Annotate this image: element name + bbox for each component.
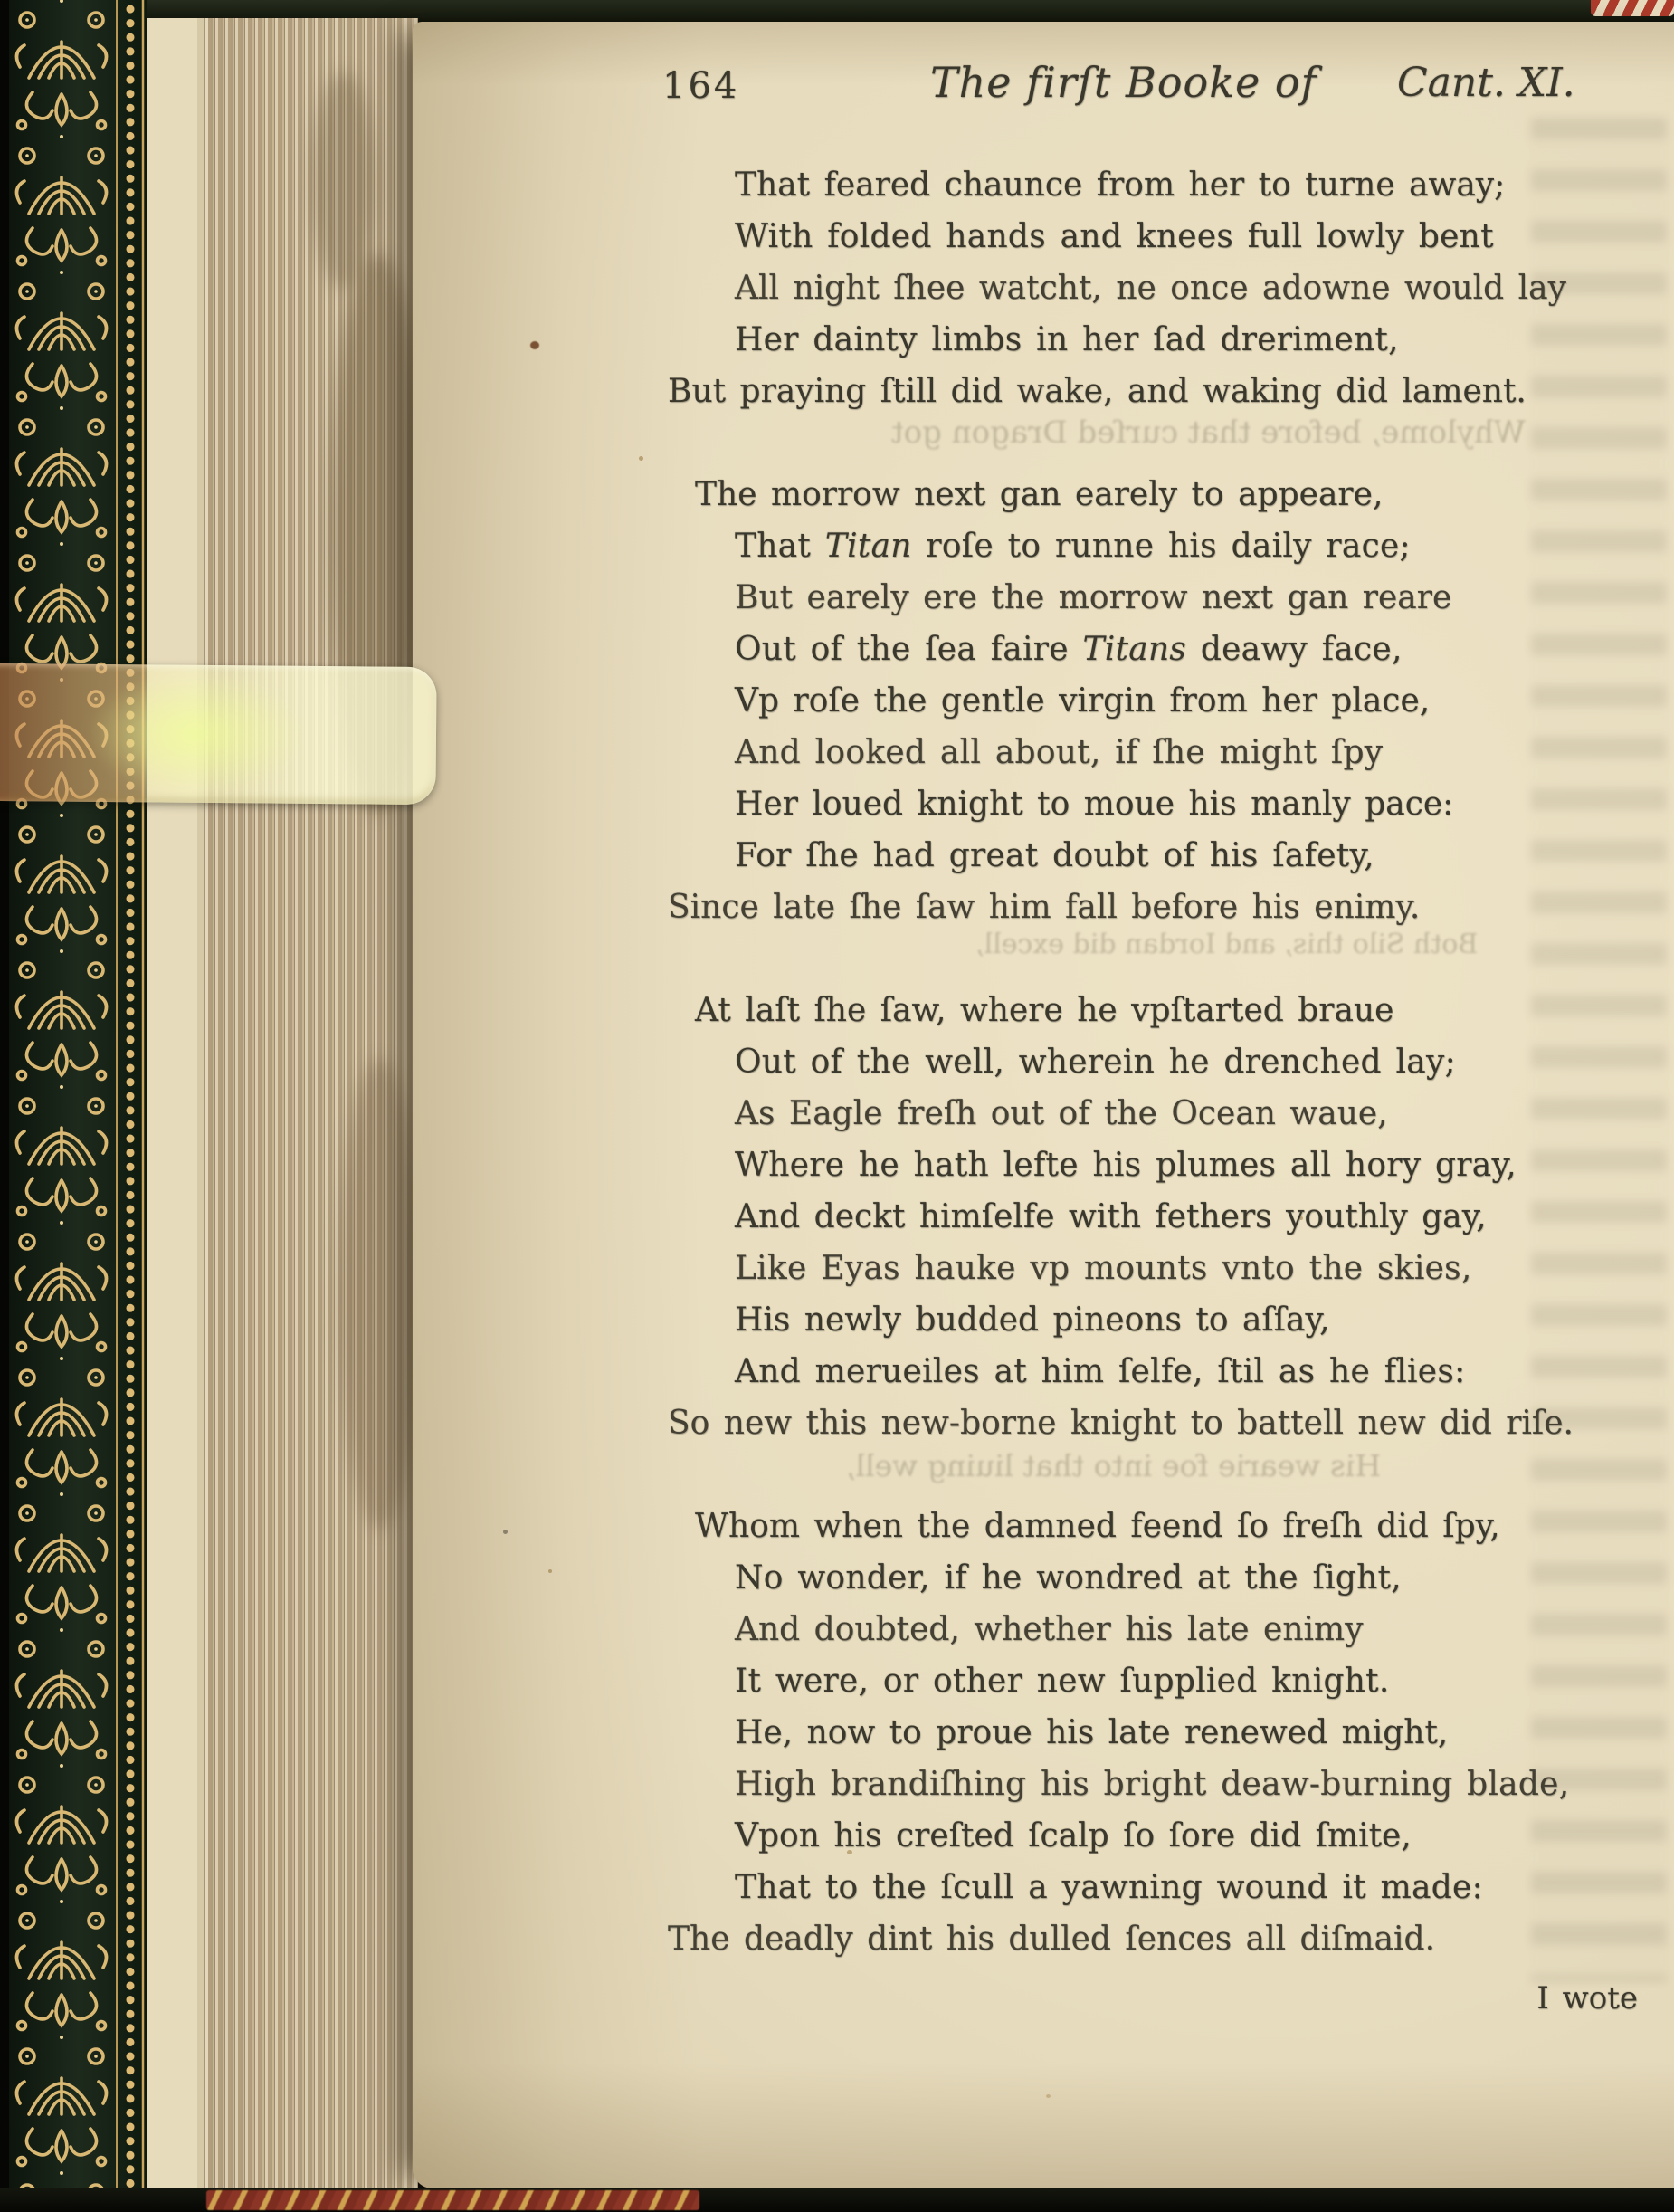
poem-line: But praying ſtill did wake, and waking d… (668, 366, 1609, 417)
book-scan: Whylome, before that curſed Dragon gotBo… (0, 0, 1674, 2212)
endband-stripes (1591, 0, 1674, 16)
poem-line: Since late ſhe ſaw him fall before his e… (668, 882, 1609, 933)
poem-line: His newly budded pineons to aſſay, (735, 1294, 1609, 1346)
poem-line: That feared chaunce from her to turne aw… (735, 159, 1609, 211)
bookmark-tab (0, 663, 437, 805)
poem-line: Like Eyas hauke vp mounts vnto the skies… (735, 1243, 1609, 1294)
poem-line: And doubted, whether his late enimy (735, 1604, 1609, 1655)
poem-line: But earely ere the morrow next gan reare (735, 572, 1609, 624)
poem-line: All night ſhee watcht, ne once adowne wo… (735, 262, 1609, 314)
edge-stain (339, 1059, 421, 1530)
stanza: That feared chaunce from her to turne aw… (668, 159, 1609, 417)
poem-line: And deckt himſelfe with fethers youthly … (735, 1191, 1609, 1243)
poem-line: Out of the ſea faire Titans deawy face, (735, 624, 1609, 675)
running-title: The firſt Booke of (930, 58, 1317, 107)
poem-line: He, now to proue his late renewed might, (735, 1707, 1609, 1759)
poem-line: With folded hands and knees full lowly b… (735, 211, 1609, 262)
italic-term: Titan (825, 528, 912, 565)
poem-line: The deadly dint his dulled ſences all di… (668, 1913, 1609, 1965)
page-edges-stack (145, 18, 418, 2190)
ink-spot (503, 1530, 508, 1534)
ink-spot (530, 341, 539, 349)
poem-line: As Eagle freſh out of the Ocean waue, (735, 1088, 1609, 1139)
page-header: 164 The firſt Booke of Cant. XI. (668, 58, 1627, 121)
paper-fleck (639, 456, 643, 461)
bookmark-tab-glow (86, 672, 304, 796)
poem-line: It were, or other new ſupplied knight. (735, 1655, 1609, 1707)
gold-tooling-pattern (11, 0, 112, 2212)
edge-stain (312, 72, 376, 290)
poem-line: Vp roſe the gentle virgin from her place… (735, 675, 1609, 727)
italic-term: Titan (1083, 631, 1170, 668)
canto-label: Cant. XI. (1397, 60, 1575, 106)
poem-line: And looked all about, if ſhe might ſpy (735, 727, 1609, 778)
paper-fleck (548, 1569, 552, 1573)
poem-line: Where he hath lefte his plumes all hory … (735, 1139, 1609, 1191)
poem-line: For ſhe had great doubt of his ſafety, (735, 830, 1609, 882)
poem-line: No wonder, if he wondred at the ſight, (735, 1552, 1609, 1604)
poem-line: Out of the well, wherein he drenched lay… (735, 1036, 1609, 1088)
black-gutter (0, 0, 9, 2212)
poem-line: Her dainty limbs in her ſad dreriment, (735, 314, 1609, 366)
stanza: Whom when the damned feend ſo freſh did … (668, 1501, 1609, 1965)
poem-line: And merueiles at him ſelfe, ſtil as he f… (735, 1346, 1609, 1397)
page-number: 164 (662, 65, 739, 107)
poem-line: That Titan roſe to runne his daily race; (735, 520, 1609, 572)
poem-line: That to the ſcull a yawning wound it mad… (735, 1862, 1609, 1913)
poem-line: High brandiſhing his bright deaw-burning… (735, 1759, 1609, 1810)
gilt-leather-border (0, 0, 147, 2212)
gilt-bottom-tooling (206, 2190, 699, 2210)
poem-line: So new this new-borne knight to battell … (668, 1397, 1609, 1449)
poem-line: The morrow next gan earely to appeare, (695, 469, 1609, 520)
poem-line: Vpon his creſted ſcalp ſo ſore did ſmite… (735, 1810, 1609, 1862)
poem-text-block: That feared chaunce from her to turne aw… (668, 159, 1609, 2017)
poem-line: Her loued knight to moue his manly pace: (735, 778, 1609, 830)
poem-line: Whom when the damned feend ſo freſh did … (695, 1501, 1609, 1552)
stanza: At laſt ſhe ſaw, where he vpſtarted brau… (668, 985, 1609, 1449)
catchword: I wote (1493, 1980, 1638, 2017)
poem-line: At laſt ſhe ſaw, where he vpſtarted brau… (695, 985, 1609, 1036)
paper-fleck (1046, 2094, 1051, 2098)
stanza: The morrow next gan earely to appeare,Th… (668, 469, 1609, 933)
italic-term: Titans (1083, 631, 1187, 668)
